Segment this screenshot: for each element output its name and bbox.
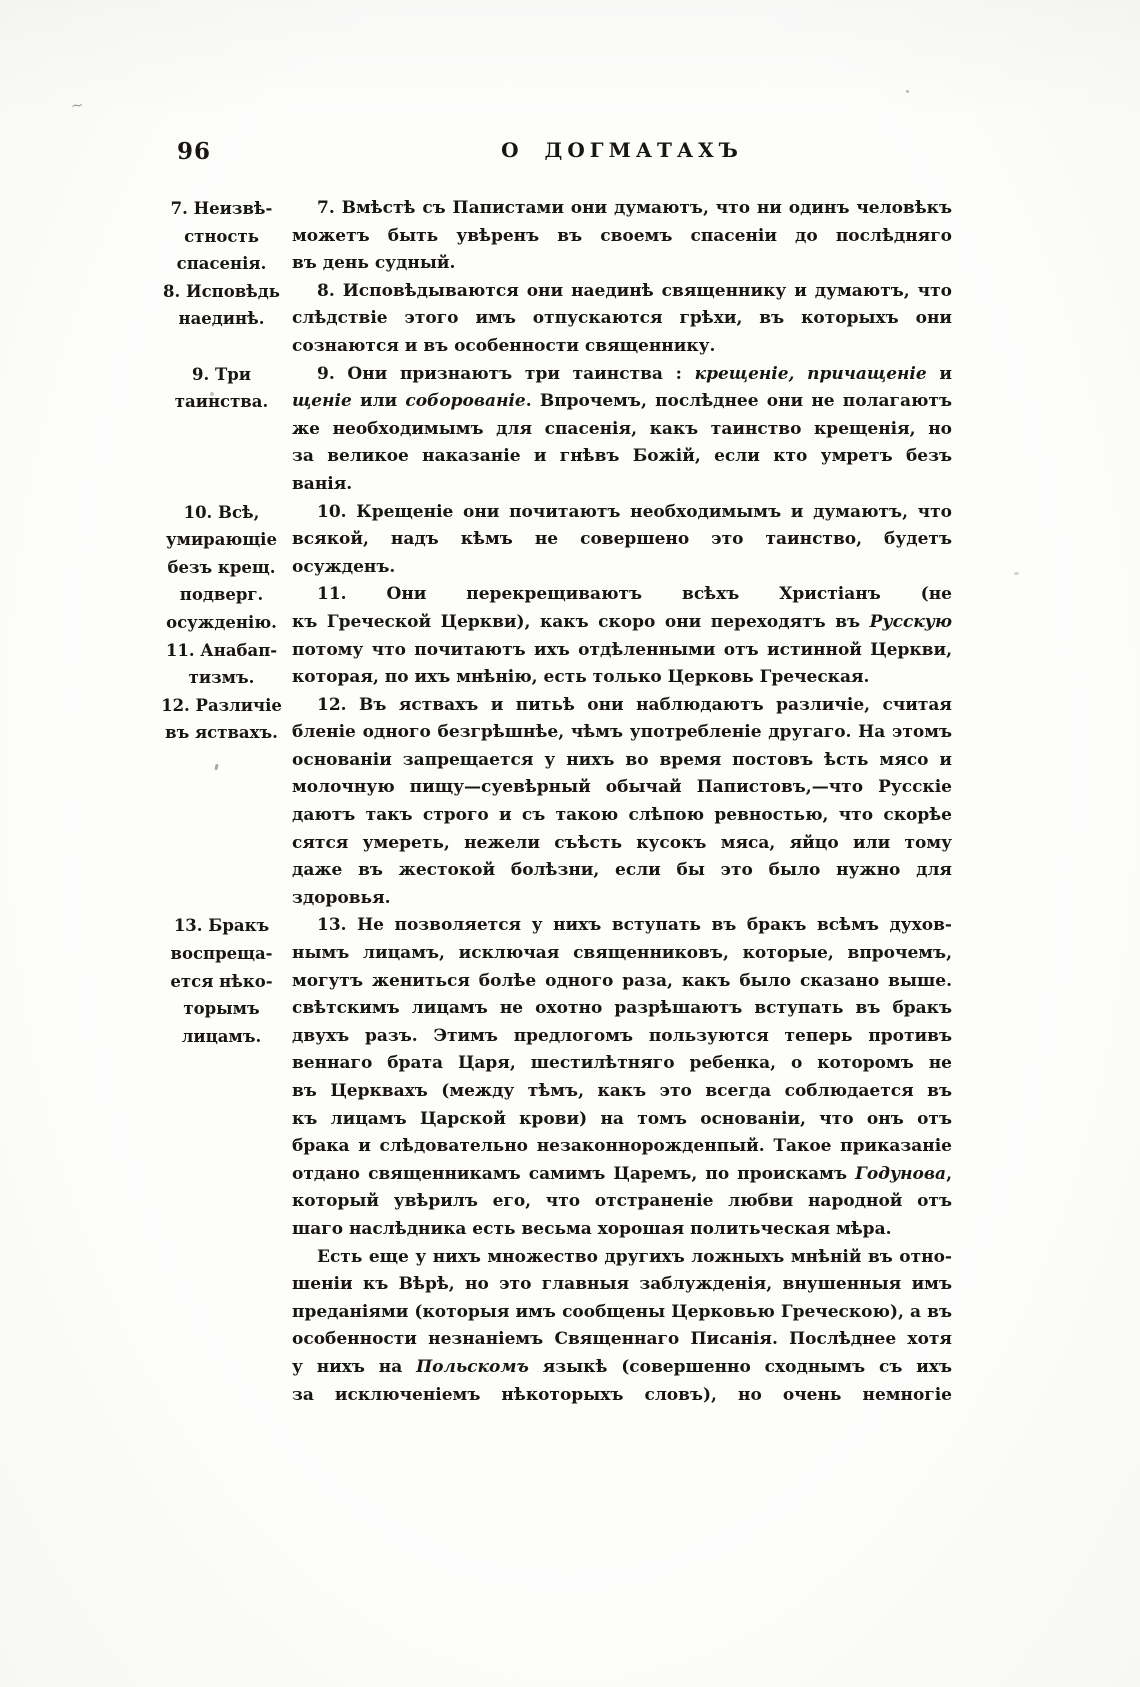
text-line: даже въ жестокой болѣзни, если бы это бы… — [292, 857, 952, 885]
text-line: которая, по ихъ мнѣнію, есть только Церк… — [292, 664, 952, 692]
text-line: молочную пищу—суевѣрный обычай Папистовъ… — [292, 774, 952, 802]
text-line: нымъ лицамъ, исключая священниковъ, кото… — [292, 940, 952, 968]
scan-page: ~ 96 О ДОГМАТАХЪ 7. Неизвѣ-стностьспасен… — [0, 0, 1140, 1687]
paragraph: 7. Вмѣстѣ съ Папистами они думаютъ, что … — [292, 195, 952, 278]
text-line: въ Церквахъ (между тѣмъ, какъ это всегда… — [292, 1078, 952, 1106]
text-line: осужденъ. — [292, 554, 952, 582]
section-row: 8. Исповѣдьнаединѣ. 8. Исповѣдываются он… — [155, 278, 952, 361]
margin-note-line: 12. Различіе — [155, 692, 288, 720]
text-line: 13. Не позволяется у нихъ вступать въ бр… — [292, 912, 952, 940]
body-column: 10. Крещеніе они почитаютъ необходимымъ … — [292, 499, 952, 692]
text-line: въ день судный. — [292, 250, 952, 278]
text-line: слѣдствіе этого имъ отпускаются грѣхи, в… — [292, 305, 952, 333]
margin-note-line: умирающіе — [155, 526, 288, 554]
text-line: брака и слѣдовательно незаконнорожденпый… — [292, 1133, 952, 1161]
text-line: же необходимымъ для спасенія, какъ таинс… — [292, 416, 952, 444]
margin-note-line: осужденію. — [155, 609, 288, 637]
paragraph: 9. Они признаютъ три таинства : крещеніе… — [292, 361, 952, 499]
text-line: за великое наказаніе и гнѣвъ Божій, если… — [292, 443, 952, 471]
scan-artifact — [906, 90, 909, 93]
text-line: всякой, надъ кѣмъ не совершено это таинс… — [292, 526, 952, 554]
body-column: 12. Въ яствахъ и питьѣ они наблюдаютъ ра… — [292, 692, 952, 913]
text-line: могутъ жениться болѣе одного раза, какъ … — [292, 968, 952, 996]
margin-note-line: лицамъ. — [155, 1023, 288, 1051]
margin-note-line: таинства. — [155, 388, 288, 416]
margin-notes: 13. Бракъвоспреща-ется нѣко-торымълицамъ… — [155, 912, 292, 1050]
text-line: къ лицамъ Царской крови) на томъ основан… — [292, 1106, 952, 1134]
section-row: 12. Различіевъ яствахъ. 12. Въ яствахъ и… — [155, 692, 952, 913]
text-line: отдано священникамъ самимъ Царемъ, по пр… — [292, 1161, 952, 1189]
scan-artifact — [1014, 572, 1019, 575]
text-line: здоровья. — [292, 885, 952, 913]
paragraph: 13. Не позволяется у нихъ вступать въ бр… — [292, 912, 952, 1243]
text-block: 7. Неизвѣ-стностьспасенія. 7. Вмѣстѣ съ … — [155, 195, 952, 1409]
text-line: ванія. — [292, 471, 952, 499]
page-header: 96 О ДОГМАТАХЪ — [155, 138, 952, 165]
text-line: основаніи запрещается у нихъ во время по… — [292, 747, 952, 775]
paragraph: Есть еще у нихъ множество другихъ ложных… — [292, 1244, 952, 1410]
text-line: который увѣрилъ его, что отстраненіе люб… — [292, 1188, 952, 1216]
text-line: бленіе одного безгрѣшнѣе, чѣмъ употребле… — [292, 719, 952, 747]
scan-artifact: ~ — [70, 95, 87, 105]
text-line: свѣтскимъ лицамъ не охотно разрѣшаютъ вс… — [292, 995, 952, 1023]
margin-note-line: наединѣ. — [155, 305, 288, 333]
paragraph: 11. Они перекрещиваютъ всѣхъ Христіанъ (… — [292, 581, 952, 691]
margin-notes: 9. Тритаинства. — [155, 361, 292, 416]
text-line: шеніи къ Вѣрѣ, но это главныя заблуждені… — [292, 1271, 952, 1299]
text-line: особенности незнаніемъ Священнаго Писані… — [292, 1326, 952, 1354]
text-line: за исключеніемъ нѣкоторыхъ словъ), но оч… — [292, 1382, 952, 1410]
margin-notes: 7. Неизвѣ-стностьспасенія. — [155, 195, 292, 278]
margin-note-line: воспреща- — [155, 940, 288, 968]
text-line: потому что почитаютъ ихъ отдѣленными отъ… — [292, 637, 952, 665]
margin-note-line: 10. Всѣ, — [155, 499, 288, 527]
text-line: 8. Исповѣдываются они наединѣ священнику… — [292, 278, 952, 306]
margin-note-line: спасенія. — [155, 250, 288, 278]
text-line: щеніе или соборованіе. Впрочемъ, послѣдн… — [292, 388, 952, 416]
margin-note-line: 13. Бракъ — [155, 912, 288, 940]
text-line: къ Греческой Церкви), какъ скоро они пер… — [292, 609, 952, 637]
page-number-cell: 96 — [155, 138, 292, 165]
text-line: можетъ быть увѣренъ въ своемъ спасеніи д… — [292, 223, 952, 251]
running-header: О ДОГМАТАХЪ — [501, 138, 743, 162]
text-line: 7. Вмѣстѣ съ Папистами они думаютъ, что … — [292, 195, 952, 223]
margin-note-line: ется нѣко- — [155, 968, 288, 996]
section-row: 9. Тритаинства. 9. Они признаютъ три таи… — [155, 361, 952, 499]
paragraph: 12. Въ яствахъ и питьѣ они наблюдаютъ ра… — [292, 692, 952, 913]
margin-note-line: 9. Три — [155, 361, 288, 389]
body-column: 13. Не позволяется у нихъ вступать въ бр… — [292, 912, 952, 1243]
margin-note-line: 7. Неизвѣ- — [155, 195, 288, 223]
text-line: 9. Они признаютъ три таинства : крещеніе… — [292, 361, 952, 389]
paragraph: 8. Исповѣдываются они наединѣ священнику… — [292, 278, 952, 361]
margin-note-line: безъ крещ. — [155, 554, 288, 582]
section-row: 13. Бракъвоспреща-ется нѣко-торымълицамъ… — [155, 912, 952, 1243]
text-line: сятся умереть, нежели съѣсть кусокъ мяса… — [292, 830, 952, 858]
margin-note-line: стность — [155, 223, 288, 251]
section-row: 10. Всѣ,умирающіебезъ крещ.подверг.осужд… — [155, 499, 952, 692]
margin-note-line: въ яствахъ. — [155, 719, 288, 747]
text-line: Есть еще у нихъ множество другихъ ложных… — [292, 1244, 952, 1272]
margin-note-line: 11. Анабап- — [155, 637, 288, 665]
running-header-cell: О ДОГМАТАХЪ — [292, 138, 952, 165]
margin-notes: 10. Всѣ,умирающіебезъ крещ.подверг.осужд… — [155, 499, 292, 692]
body-column: 8. Исповѣдываются они наединѣ священнику… — [292, 278, 952, 361]
text-line: 10. Крещеніе они почитаютъ необходимымъ … — [292, 499, 952, 527]
text-line: преданіями (которыя имъ сообщены Церковь… — [292, 1299, 952, 1327]
paragraph: 10. Крещеніе они почитаютъ необходимымъ … — [292, 499, 952, 582]
text-line: у нихъ на Польскомъ языкѣ (совершенно сх… — [292, 1354, 952, 1382]
section-row: 7. Неизвѣ-стностьспасенія. 7. Вмѣстѣ съ … — [155, 195, 952, 278]
margin-note-line: торымъ — [155, 995, 288, 1023]
text-line: двухъ разъ. Этимъ предлогомъ пользуются … — [292, 1023, 952, 1051]
text-line: 11. Они перекрещиваютъ всѣхъ Христіанъ (… — [292, 581, 952, 609]
margin-note-line: 8. Исповѣдь — [155, 278, 288, 306]
margin-notes: 12. Различіевъ яствахъ. — [155, 692, 292, 747]
text-line: веннаго брата Царя, шестилѣтняго ребенка… — [292, 1050, 952, 1078]
body-column: 9. Они признаютъ три таинства : крещеніе… — [292, 361, 952, 499]
body-column: 7. Вмѣстѣ съ Папистами они думаютъ, что … — [292, 195, 952, 278]
page-content: 96 О ДОГМАТАХЪ 7. Неизвѣ-стностьспасенія… — [155, 138, 952, 1409]
margin-note-line: подверг. — [155, 581, 288, 609]
margin-note-line: тизмъ. — [155, 664, 288, 692]
page-number: 96 — [177, 138, 211, 165]
text-line: 12. Въ яствахъ и питьѣ они наблюдаютъ ра… — [292, 692, 952, 720]
section-row: Есть еще у нихъ множество другихъ ложных… — [155, 1244, 952, 1410]
margin-notes: 8. Исповѣдьнаединѣ. — [155, 278, 292, 333]
body-column: Есть еще у нихъ множество другихъ ложных… — [292, 1244, 952, 1410]
text-line: сознаются и въ особенности священнику. — [292, 333, 952, 361]
text-line: шаго наслѣдника есть весьма хорошая поли… — [292, 1216, 952, 1244]
text-line: даютъ такъ строго и съ такою слѣпою ревн… — [292, 802, 952, 830]
